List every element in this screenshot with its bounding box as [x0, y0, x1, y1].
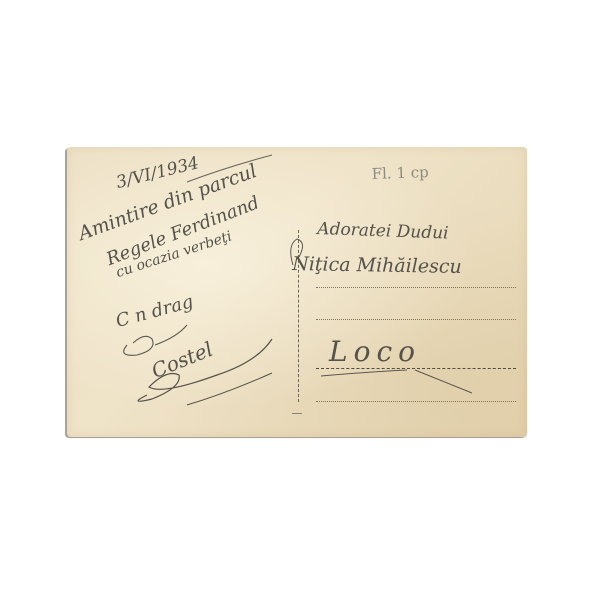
- address-line-3: Loco: [329, 335, 421, 368]
- postcard: 3/VI/1934 Amintire din parcul Regele Fer…: [67, 147, 527, 437]
- signature: Costel: [148, 337, 216, 383]
- signature-prefix: C n drag: [114, 291, 196, 332]
- handwriting-flourishes: [67, 147, 527, 437]
- address-line-1: Adoratei Dudui: [317, 219, 449, 244]
- address-rule-2: [316, 319, 516, 320]
- address-rule-3: [316, 368, 516, 369]
- address-rule-4: [316, 401, 516, 402]
- address-line-2: Niţica Mihăilescu: [292, 253, 462, 278]
- catalog-note: Fl. 1 cp: [371, 163, 429, 183]
- address-rule-1: [316, 287, 516, 288]
- divider-stub: [292, 413, 302, 414]
